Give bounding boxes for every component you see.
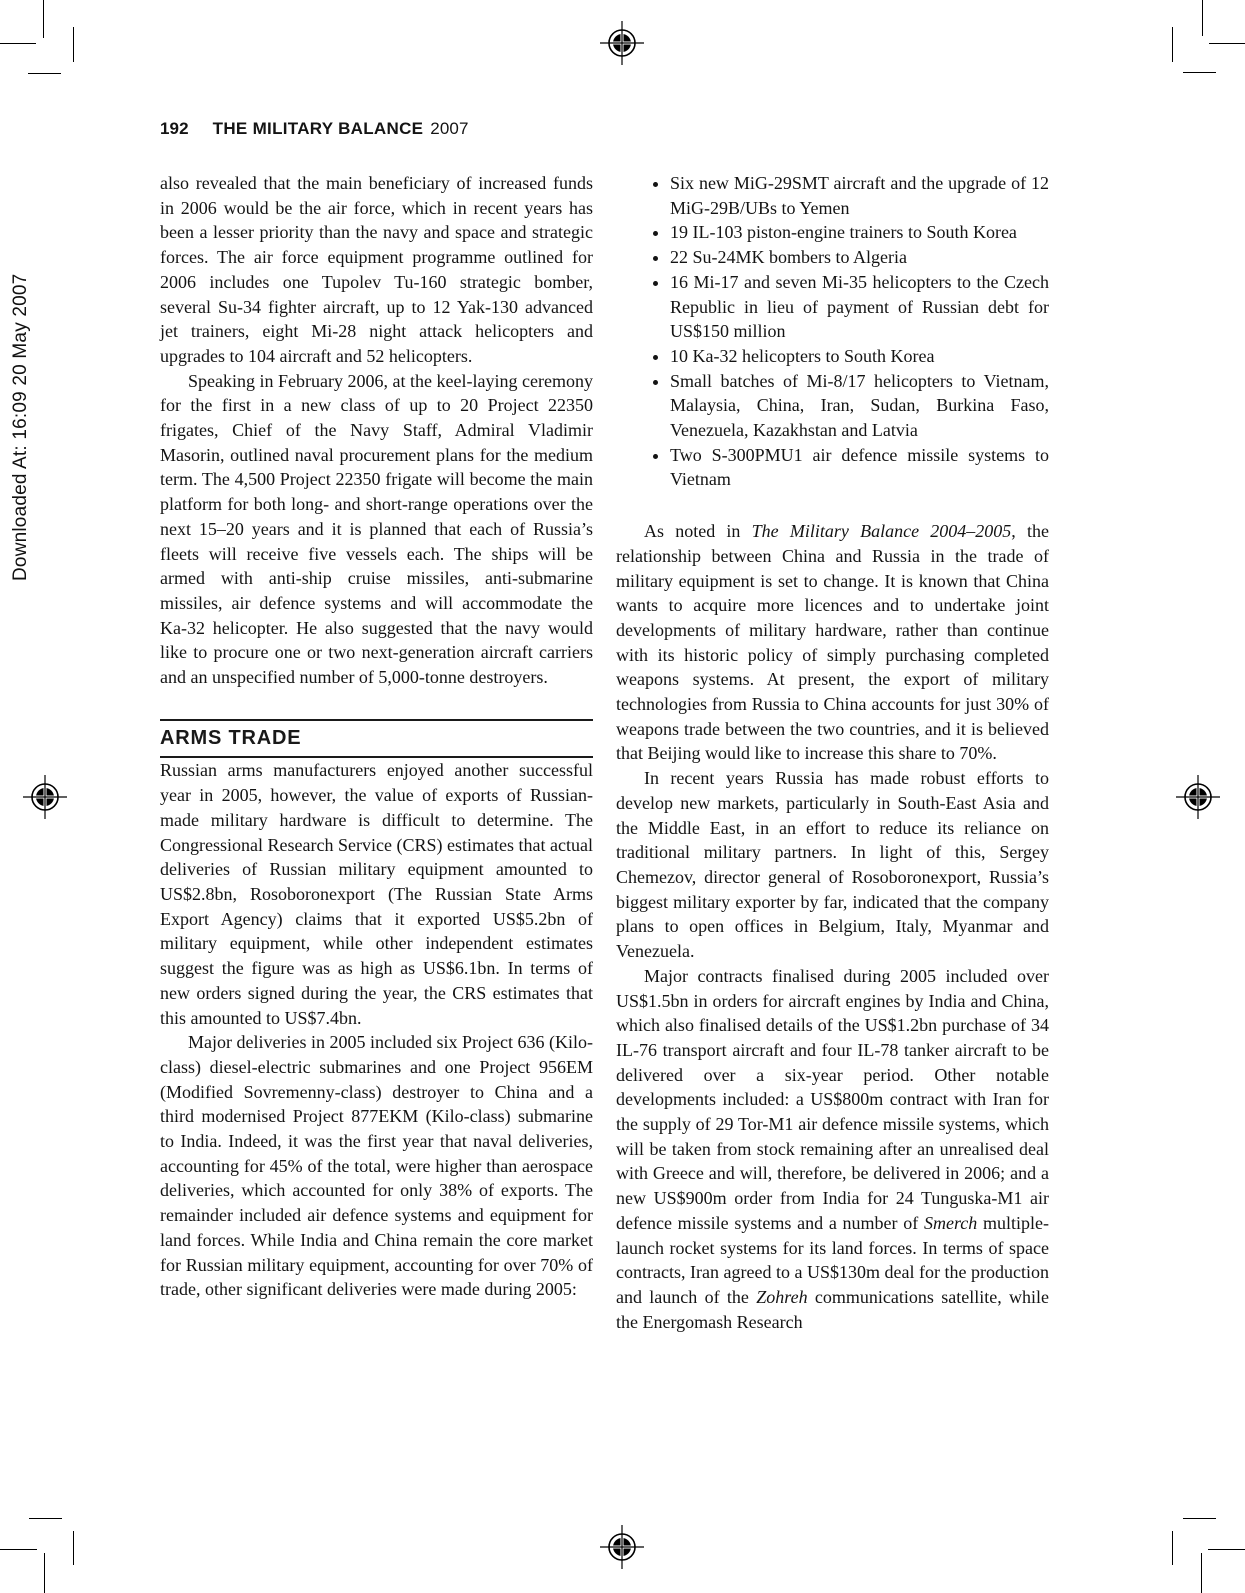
crop-line-vertical [1172, 27, 1173, 62]
crop-line-vertical [1201, 1553, 1202, 1593]
list-item: 22 Su-24MK bombers to Algeria [670, 245, 1049, 270]
paragraph: also revealed that the main beneficiary … [160, 171, 593, 369]
list-item: 10 Ka-32 helicopters to South Korea [670, 344, 1049, 369]
running-header: 192THE MILITARY BALANCE2007 [160, 119, 469, 139]
left-column: also revealed that the main beneficiary … [160, 171, 593, 1302]
list-item: 16 Mi-17 and seven Mi-35 helicopters to … [670, 270, 1049, 344]
crop-line-horizontal [1208, 1549, 1245, 1550]
crop-line-horizontal [1209, 43, 1245, 44]
text-segment: Smerch [924, 1213, 977, 1233]
download-watermark: Downloaded At: 16:09 20 May 2007 [10, 274, 32, 581]
paragraph: Major contracts finalised during 2005 in… [616, 964, 1049, 1335]
crop-line-vertical [1202, 0, 1203, 36]
paragraph: Major deliveries in 2005 included six Pr… [160, 1030, 593, 1302]
text-segment: Zohreh [756, 1287, 807, 1307]
paragraph: In recent years Russia has made robust e… [616, 766, 1049, 964]
list-item: 19 IL-103 piston-engine trainers to Sout… [670, 220, 1049, 245]
page-number: 192 [160, 119, 189, 138]
list-item: Two S-300PMU1 air defence missile system… [670, 443, 1049, 492]
section-heading-block: ARMS TRADE [160, 719, 593, 759]
crop-line-horizontal [0, 1549, 37, 1550]
text-segment: , the relationship between China and Rus… [616, 521, 1049, 763]
text-segment: As noted in [644, 521, 752, 541]
text-segment: Major contracts finalised during 2005 in… [616, 966, 1049, 1233]
crop-line-horizontal [0, 43, 36, 44]
list-item: Small batches of Mi-8/17 helicopters to … [670, 369, 1049, 443]
list-item: Six new MiG-29SMT aircraft and the upgra… [670, 171, 1049, 220]
crop-line-vertical [73, 27, 74, 62]
crop-line-horizontal [1183, 72, 1216, 73]
book-year: 2007 [430, 119, 468, 138]
crop-line-vertical [44, 1553, 45, 1593]
section-heading: ARMS TRADE [160, 726, 593, 751]
crop-line-horizontal [29, 1518, 62, 1519]
registration-mark-icon [1176, 775, 1220, 819]
crop-line-horizontal [28, 73, 61, 74]
right-column: Six new MiG-29SMT aircraft and the upgra… [616, 171, 1049, 1334]
registration-mark-icon [600, 21, 644, 65]
paragraph: Speaking in February 2006, at the keel-l… [160, 369, 593, 690]
crop-line-vertical [73, 1531, 74, 1565]
text-segment: The Military Balance 2004–2005 [752, 521, 1012, 541]
paragraph: As noted in The Military Balance 2004–20… [616, 519, 1049, 766]
crop-line-vertical [1172, 1531, 1173, 1565]
crop-line-vertical [43, 0, 44, 38]
crop-line-horizontal [1183, 1518, 1216, 1519]
registration-mark-icon [23, 775, 67, 819]
paragraph: Russian arms manufacturers enjoyed anoth… [160, 758, 593, 1030]
deliveries-list: Six new MiG-29SMT aircraft and the upgra… [616, 171, 1049, 492]
registration-mark-icon [600, 1525, 644, 1569]
scanned-book-page: Downloaded At: 16:09 20 May 2007 192THE … [0, 0, 1245, 1593]
book-title: THE MILITARY BALANCE [213, 119, 424, 138]
